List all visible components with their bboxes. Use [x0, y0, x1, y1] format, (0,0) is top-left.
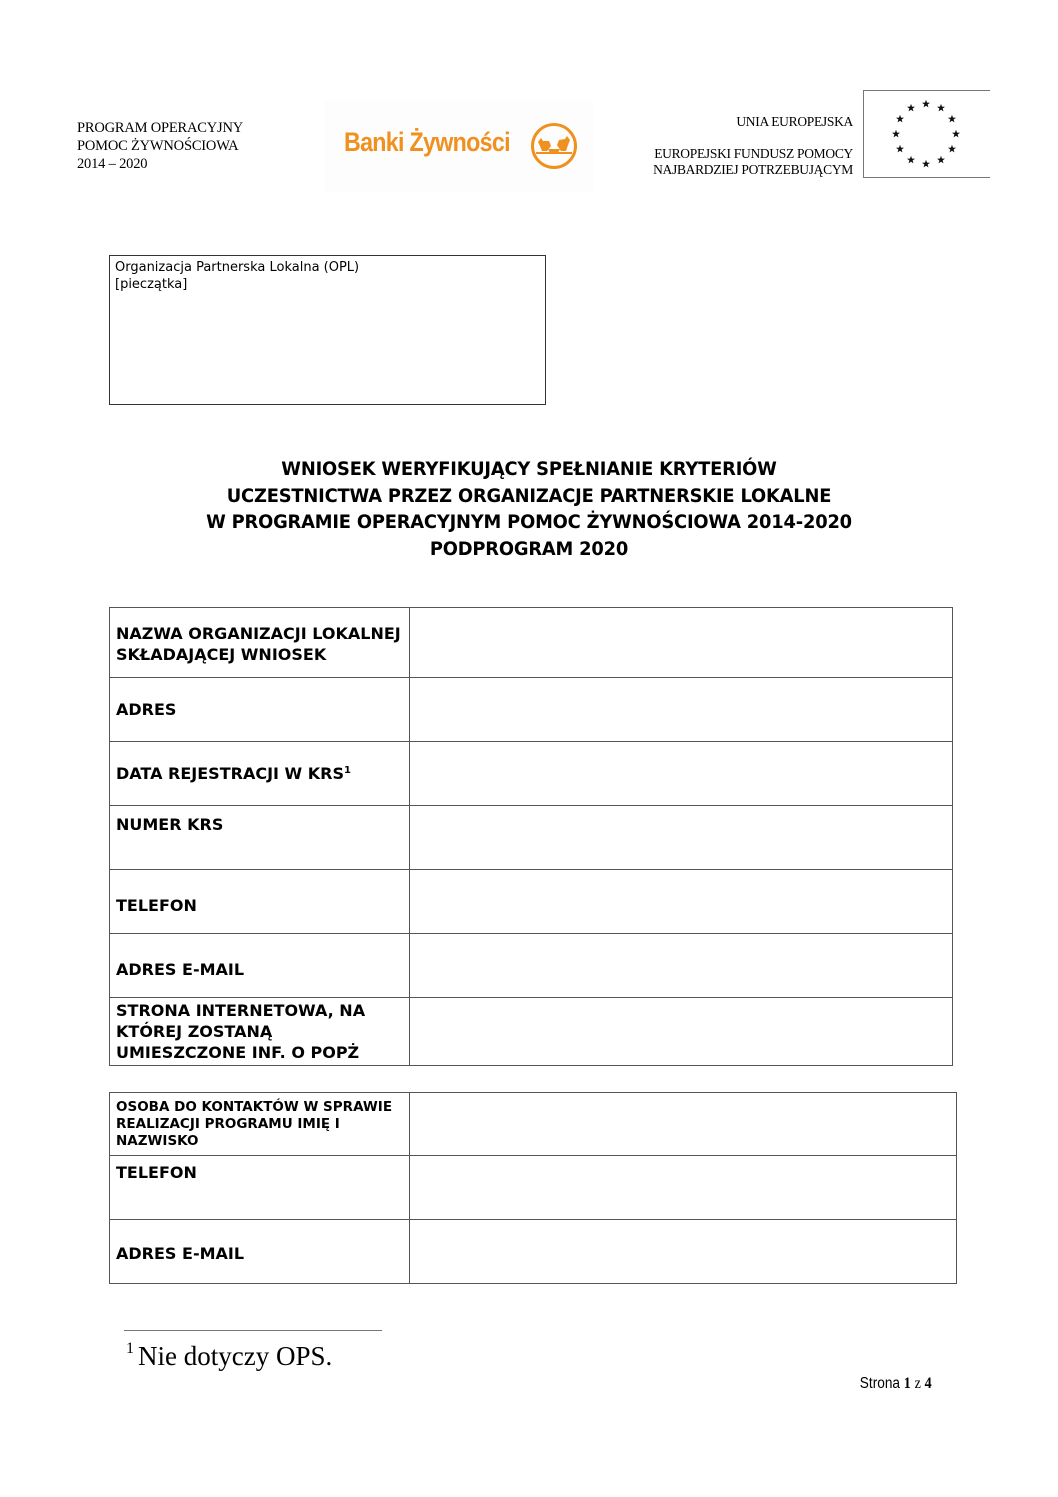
eu-flag — [863, 90, 990, 178]
banki-zywnosci-logo: Banki Żywności — [325, 100, 593, 192]
form-row-address: ADRES — [110, 678, 953, 742]
page-prefix: Strona — [860, 1375, 900, 1392]
page-total: 4 — [925, 1375, 932, 1392]
footnote: 1Nie dotyczy OPS. — [126, 1340, 332, 1372]
field-label: ADRES E-MAIL — [110, 934, 410, 998]
eu-stars-icon — [864, 91, 989, 176]
form-row-contact-email: ADRES E-MAIL — [110, 1220, 957, 1284]
organization-name-field[interactable] — [410, 608, 953, 678]
contact-form-table: OSOBA DO KONTAKTÓW W SPRAWIE REALIZACJI … — [109, 1092, 957, 1284]
food-bank-birds-icon — [530, 122, 578, 170]
opl-stamp-box[interactable]: Organizacja Partnerska Lokalna (OPL) [pi… — [109, 255, 546, 405]
contact-phone-field[interactable] — [410, 1156, 957, 1220]
program-line-1: PROGRAM OPERACYJNY — [77, 119, 243, 137]
footnote-text: Nie dotyczy OPS. — [138, 1341, 332, 1371]
field-label: DATA REJESTRACJI W KRS1 — [110, 742, 410, 806]
footnote-ref[interactable]: 1 — [344, 765, 351, 776]
form-row-email: ADRES E-MAIL — [110, 934, 953, 998]
form-row-contact-phone: TELEFON — [110, 1156, 957, 1220]
field-label: NUMER KRS — [110, 806, 410, 870]
krs-date-label: DATA REJESTRACJI W KRS — [116, 764, 344, 783]
page-current: 1 — [904, 1375, 911, 1392]
footnote-separator — [124, 1330, 382, 1331]
eu-fund-text: UNIA EUROPEJSKA EUROPEJSKI FUNDUSZ POMOC… — [653, 114, 853, 178]
form-row-organization-name: NAZWA ORGANIZACJI LOKALNEJ SKŁADAJĄCEJ W… — [110, 608, 953, 678]
field-label: OSOBA DO KONTAKTÓW W SPRAWIE REALIZACJI … — [110, 1093, 410, 1156]
form-row-krs-number: NUMER KRS — [110, 806, 953, 870]
program-name: PROGRAM OPERACYJNY POMOC ŻYWNOŚCIOWA 201… — [77, 119, 243, 173]
website-field[interactable] — [410, 998, 953, 1066]
eu-name: UNIA EUROPEJSKA — [653, 114, 853, 130]
krs-number-field[interactable] — [410, 806, 953, 870]
contact-person-field[interactable] — [410, 1093, 957, 1156]
organization-form-table: NAZWA ORGANIZACJI LOKALNEJ SKŁADAJĄCEJ W… — [109, 607, 953, 1066]
program-years: 2014 – 2020 — [77, 155, 243, 173]
contact-email-field[interactable] — [410, 1220, 957, 1284]
stamp-hint: [pieczątka] — [115, 276, 540, 293]
page-sep: z — [915, 1375, 921, 1392]
logo-text: Banki Żywności — [344, 127, 510, 158]
field-label: TELEFON — [110, 870, 410, 934]
address-field[interactable] — [410, 678, 953, 742]
field-label: ADRES — [110, 678, 410, 742]
phone-field[interactable] — [410, 870, 953, 934]
field-label: ADRES E-MAIL — [110, 1220, 410, 1284]
field-label: NAZWA ORGANIZACJI LOKALNEJ SKŁADAJĄCEJ W… — [110, 608, 410, 678]
opl-label: Organizacja Partnerska Lokalna (OPL) — [115, 259, 540, 276]
field-label: STRONA INTERNETOWA, NA KTÓREJ ZOSTANĄ UM… — [110, 998, 410, 1066]
title-line-4: PODPROGRAM 2020 — [32, 536, 1027, 563]
krs-date-field[interactable] — [410, 742, 953, 806]
field-label: TELEFON — [110, 1156, 410, 1220]
form-row-contact-person: OSOBA DO KONTAKTÓW W SPRAWIE REALIZACJI … — [110, 1093, 957, 1156]
title-line-2: UCZESTNICTWA PRZEZ ORGANIZACJE PARTNERSK… — [32, 483, 1027, 510]
fund-name-line-2: NAJBARDZIEJ POTRZEBUJĄCYM — [653, 162, 853, 178]
form-row-website: STRONA INTERNETOWA, NA KTÓREJ ZOSTANĄ UM… — [110, 998, 953, 1066]
title-line-1: WNIOSEK WERYFIKUJĄCY SPEŁNIANIE KRYTERIÓ… — [32, 456, 1027, 483]
form-row-phone: TELEFON — [110, 870, 953, 934]
program-line-2: POMOC ŻYWNOŚCIOWA — [77, 137, 243, 155]
email-field[interactable] — [410, 934, 953, 998]
footnote-marker: 1 — [126, 1340, 134, 1357]
title-line-3: W PROGRAMIE OPERACYJNYM POMOC ŻYWNOŚCIOW… — [32, 509, 1027, 536]
page-number: Strona 1 z 4 — [860, 1375, 932, 1393]
document-title: WNIOSEK WERYFIKUJĄCY SPEŁNIANIE KRYTERIÓ… — [0, 456, 1058, 562]
fund-name-line-1: EUROPEJSKI FUNDUSZ POMOCY — [653, 146, 853, 162]
form-row-krs-date: DATA REJESTRACJI W KRS1 — [110, 742, 953, 806]
